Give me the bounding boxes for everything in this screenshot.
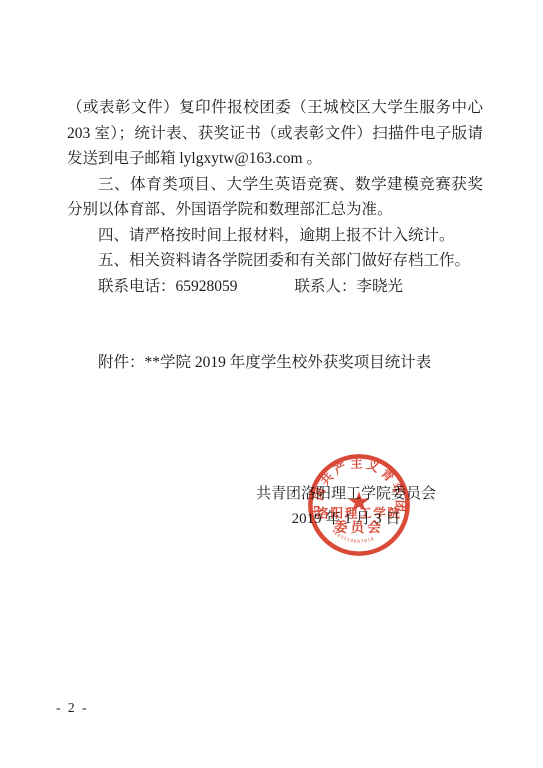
paragraph-item-5: 五、相关资料请各学院团委和有关部门做好存档工作。 [67, 248, 483, 274]
document-page: （或表彰文件）复印件报校团委（王城校区大学生服务中心 203 室）；统计表、获奖… [0, 0, 543, 768]
signature-organization: 共青团洛阳理工学院委员会 [230, 482, 462, 507]
paragraph-continuation: （或表彰文件）复印件报校团委（王城校区大学生服务中心 203 室）；统计表、获奖… [67, 95, 483, 172]
attachment-line: 附件：**学院 2019 年度学生校外获奖项目统计表 [67, 350, 483, 376]
contact-person-label: 联系人： [295, 278, 357, 295]
contact-line: 联系电话：65928059联系人：李晓光 [67, 274, 483, 300]
contact-phone-number: 65928059 [176, 278, 238, 295]
signature-block: 共青团洛阳理工学院委员会 2019 年 1 月 3 日 [230, 482, 462, 532]
paragraph-item-3: 三、体育类项目、大学生英语竞赛、数学建模竞赛获奖分别以体育部、外国语学院和数理部… [67, 172, 483, 223]
contact-phone-label: 联系电话： [98, 278, 176, 295]
page-number: - 2 - [56, 700, 89, 716]
paragraph-item-4: 四、请严格按时间上报材料，逾期上报不计入统计。 [67, 223, 483, 249]
document-body: （或表彰文件）复印件报校团委（王城校区大学生服务中心 203 室）；统计表、获奖… [67, 95, 483, 376]
contact-person-name: 李晓光 [357, 278, 404, 295]
signature-date: 2019 年 1 月 3 日 [230, 507, 462, 532]
